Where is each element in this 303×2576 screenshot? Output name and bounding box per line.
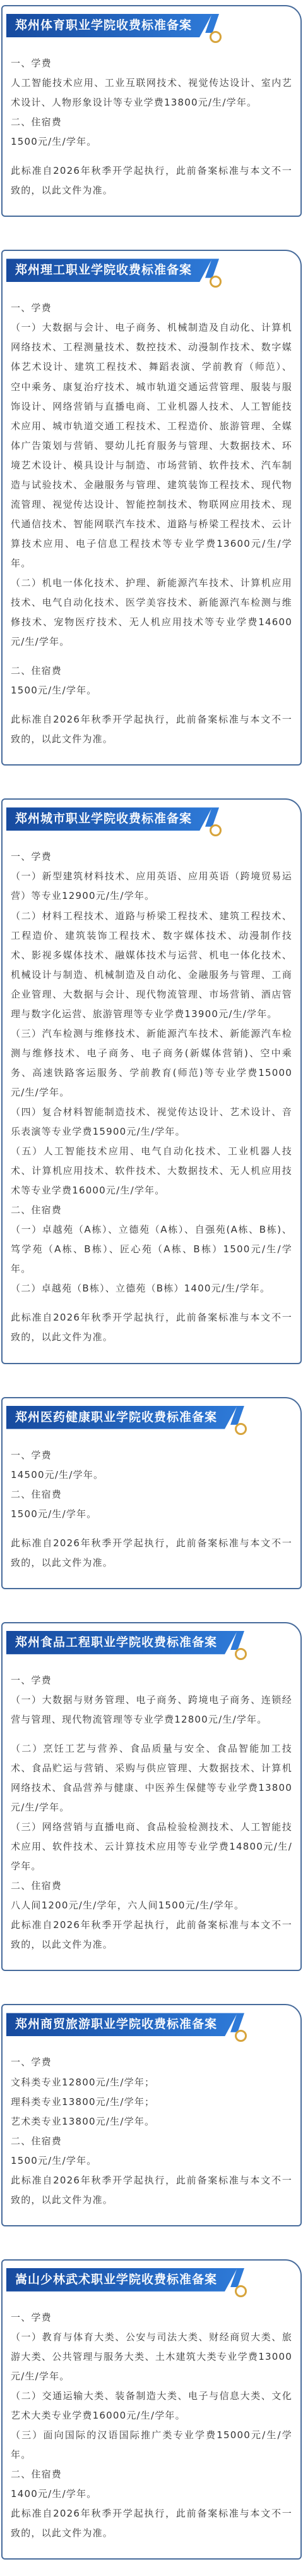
card-title: 郑州商贸旅游职业学院收费标准备案 [15,2017,217,2031]
college-fee-card: 郑州医药健康职业学院收费标准备案 一、学费14500元/生/学年。二、住宿费15… [1,1397,302,1589]
college-fee-card: 嵩山少林武术职业学院收费标准备案 一、学费（一）教育与体育大类、公安与司法大类、… [1,2259,302,2560]
card-body: 一、学费（一）大数据与财务管理、电子商务、跨境电子商务、连锁经营与管理、现代物流… [3,1654,300,1970]
card-title-banner: 郑州体育职业学院收费标准备案 [6,14,212,37]
body-paragraph: 文科类专业12800元/生/学年； [11,2073,292,2092]
gold-ring-icon [235,2285,247,2297]
body-paragraph: 二、住宿费 [11,2132,292,2151]
card-body: 一、学费（一）教育与体育大类、公安与司法大类、财经商贸大类、旅游大类、公共管理与… [3,2292,300,2559]
gold-ring-icon [235,1648,247,1660]
card-title: 郑州体育职业学院收费标准备案 [15,18,192,32]
college-fee-card: 郑州理工职业学院收费标准备案 一、学费（一）大数据与会计、电子商务、机械制造及自… [1,250,302,766]
body-paragraph: 一、学费 [11,2053,292,2072]
card-header: 郑州城市职业学院收费标准备案 [6,807,212,831]
card-header: 郑州食品工程职业学院收费标准备案 [6,1631,237,1654]
card-body: 一、学费（一）新型建筑材料技术、应用英语、应用英语（跨境贸易运营）等专业1290… [3,831,300,1362]
body-paragraph: 1500元/生/学年。 [11,681,292,700]
card-body: 一、学费人工智能技术应用、工业互联网技术、视觉传达设计、室内艺术设计、人物形象设… [3,37,300,216]
college-fee-card: 郑州城市职业学院收费标准备案 一、学费（一）新型建筑材料技术、应用英语、应用英语… [1,798,302,1364]
body-paragraph: 此标准自2026年秋季开学起执行，此前备案标准与本文不一致的，以此文件为准。 [11,1915,292,1955]
body-paragraph: 一、学费 [11,2308,292,2328]
sections: 郑州体育职业学院收费标准备案 一、学费人工智能技术应用、工业互联网技术、视觉传达… [0,5,303,2560]
card-title: 嵩山少林武术职业学院收费标准备案 [15,2273,217,2286]
card-header: 郑州理工职业学院收费标准备案 [6,259,212,282]
body-paragraph: 八人间1200元/生/学年，六人间1500元/生/学年。 [11,1896,292,1915]
body-paragraph: 此标准自2026年秋季开学起执行，此前备案标准与本文不一致的，以此文件为准。 [11,2504,292,2543]
body-paragraph: 此标准自2026年秋季开学起执行，此前备案标准与本文不一致的，以此文件为准。 [11,161,292,200]
body-paragraph: 1500元/生/学年。 [11,132,292,152]
card-title: 郑州食品工程职业学院收费标准备案 [15,1635,217,1649]
card-title: 郑州城市职业学院收费标准备案 [15,812,192,826]
body-paragraph: 二、住宿费 [11,661,292,681]
card-header: 嵩山少林武术职业学院收费标准备案 [6,2268,237,2292]
body-paragraph: 此标准自2026年秋季开学起执行，此前备案标准与本文不一致的，以此文件为准。 [11,1534,292,1573]
body-paragraph: 此标准自2026年秋季开学起执行，此前备案标准与本文不一致的，以此文件为准。 [11,2171,292,2210]
body-paragraph: 二、住宿费 [11,2465,292,2484]
card-body: 一、学费14500元/生/学年。二、住宿费1500元/生/学年。此标准自2026… [3,1429,300,1588]
fee-standards-article: 郑州体育职业学院收费标准备案 一、学费人工智能技术应用、工业互联网技术、视觉传达… [0,0,303,2576]
body-paragraph: （五）人工智能技术应用、电气自动化技术、工业机器人技术、计算机应用技术、软件技术… [11,1142,292,1200]
body-paragraph: 一、学费 [11,1446,292,1465]
card-header: 郑州体育职业学院收费标准备案 [6,14,212,37]
card-title-banner: 郑州城市职业学院收费标准备案 [6,807,212,831]
body-paragraph: 此标准自2026年秋季开学起执行，此前备案标准与本文不一致的，以此文件为准。 [11,710,292,749]
card-header: 郑州医药健康职业学院收费标准备案 [6,1406,237,1429]
body-paragraph: 一、学费 [11,1671,292,1690]
body-paragraph: （四）复合材料智能制造技术、视觉传达设计、艺术设计、音乐表演等专业学费15900… [11,1102,292,1142]
body-paragraph: 1500元/生/学年。 [11,1505,292,1524]
card-body: 一、学费（一）大数据与会计、电子商务、机械制造及自动化、计算机网络技术、工程测量… [3,282,300,764]
body-paragraph: 一、学费 [11,298,292,318]
body-paragraph: （二）卓越苑（B栋）、立德苑（B栋）1400元/生/学年。 [11,1279,292,1298]
body-paragraph: 一、学费 [11,847,292,867]
body-paragraph: 二、住宿费 [11,1485,292,1505]
college-fee-card: 郑州商贸旅游职业学院收费标准备案 一、学费文科类专业12800元/生/学年；理科… [1,2004,302,2226]
body-paragraph: （三）汽车检测与维修技术、新能源汽车技术、新能源汽车检测与维修技术、电子商务、电… [11,1024,292,1102]
body-paragraph: （一）大数据与会计、电子商务、机械制造及自动化、计算机网络技术、工程测量技术、数… [11,318,292,573]
card-title-banner: 郑州商贸旅游职业学院收费标准备案 [6,2013,237,2036]
body-paragraph: （一）卓越苑（A栋）、立德苑（A栋）、自强苑(A栋、B栋)、笃学苑（A栋、B栋）… [11,1220,292,1279]
body-paragraph: 此标准自2026年秋季开学起执行，此前备案标准与本文不一致的，以此文件为准。 [11,1308,292,1347]
body-paragraph: （二）材料工程技术、道路与桥梁工程技术、建筑工程技术、工程造价、建筑装饰工程技术… [11,906,292,1024]
card-title-banner: 郑州理工职业学院收费标准备案 [6,259,212,282]
gold-ring-icon [210,31,222,43]
body-paragraph: 一、学费 [11,54,292,73]
body-paragraph: 艺术类专业13800元/生/学年。 [11,2112,292,2132]
college-fee-card: 郑州食品工程职业学院收费标准备案 一、学费（一）大数据与财务管理、电子商务、跨境… [1,1622,302,1972]
card-header: 郑州商贸旅游职业学院收费标准备案 [6,2013,237,2036]
body-paragraph: 二、住宿费 [11,1876,292,1896]
body-paragraph: （三）网络营销与直播电商、食品检验检测技术、人工智能技术应用、软件技术、云计算技… [11,1817,292,1876]
card-title-banner: 郑州医药健康职业学院收费标准备案 [6,1406,237,1429]
body-paragraph: 14500元/生/学年。 [11,1465,292,1485]
body-paragraph: 二、住宿费 [11,113,292,132]
gold-ring-icon [235,1423,247,1435]
card-title-banner: 嵩山少林武术职业学院收费标准备案 [6,2268,237,2292]
body-paragraph: （二）烹饪工艺与营养、食品质量与安全、食品智能加工技术、食品贮运与营销、采购与供… [11,1739,292,1817]
body-paragraph: （一）大数据与财务管理、电子商务、跨境电子商务、连锁经营与管理、现代物流管理等专… [11,1690,292,1730]
body-paragraph: 1500元/生/学年。 [11,2151,292,2171]
body-paragraph: 理科类专业13800元/生/学年； [11,2092,292,2112]
card-title: 郑州理工职业学院收费标准备案 [15,263,192,277]
card-title: 郑州医药健康职业学院收费标准备案 [15,1410,217,1424]
card-title-banner: 郑州食品工程职业学院收费标准备案 [6,1631,237,1654]
body-paragraph: （一）教育与体育大类、公安与司法大类、财经商贸大类、旅游大类、公共管理与服务大类… [11,2328,292,2386]
college-fee-card: 郑州体育职业学院收费标准备案 一、学费人工智能技术应用、工业互联网技术、视觉传达… [1,5,302,217]
body-paragraph: 二、住宿费 [11,1200,292,1220]
body-paragraph: （一）新型建筑材料技术、应用英语、应用英语（跨境贸易运营）等专业12900元/生… [11,867,292,906]
body-paragraph: （二）交通运输大类、装备制造大类、电子与信息大类、文化艺术大类专业学费16000… [11,2386,292,2426]
body-paragraph: 1400元/生/学年。 [11,2484,292,2504]
body-paragraph: （三）面向国际的汉语国际推广类专业学费15000元/生/学年。 [11,2426,292,2465]
body-paragraph: （二）机电一体化技术、护理、新能源汽车技术、计算机应用技术、电气自动化技术、医学… [11,573,292,652]
body-paragraph: 人工智能技术应用、工业互联网技术、视觉传达设计、室内艺术设计、人物形象设计等专业… [11,73,292,113]
card-body: 一、学费文科类专业12800元/生/学年；理科类专业13800元/生/学年；艺术… [3,2036,300,2225]
